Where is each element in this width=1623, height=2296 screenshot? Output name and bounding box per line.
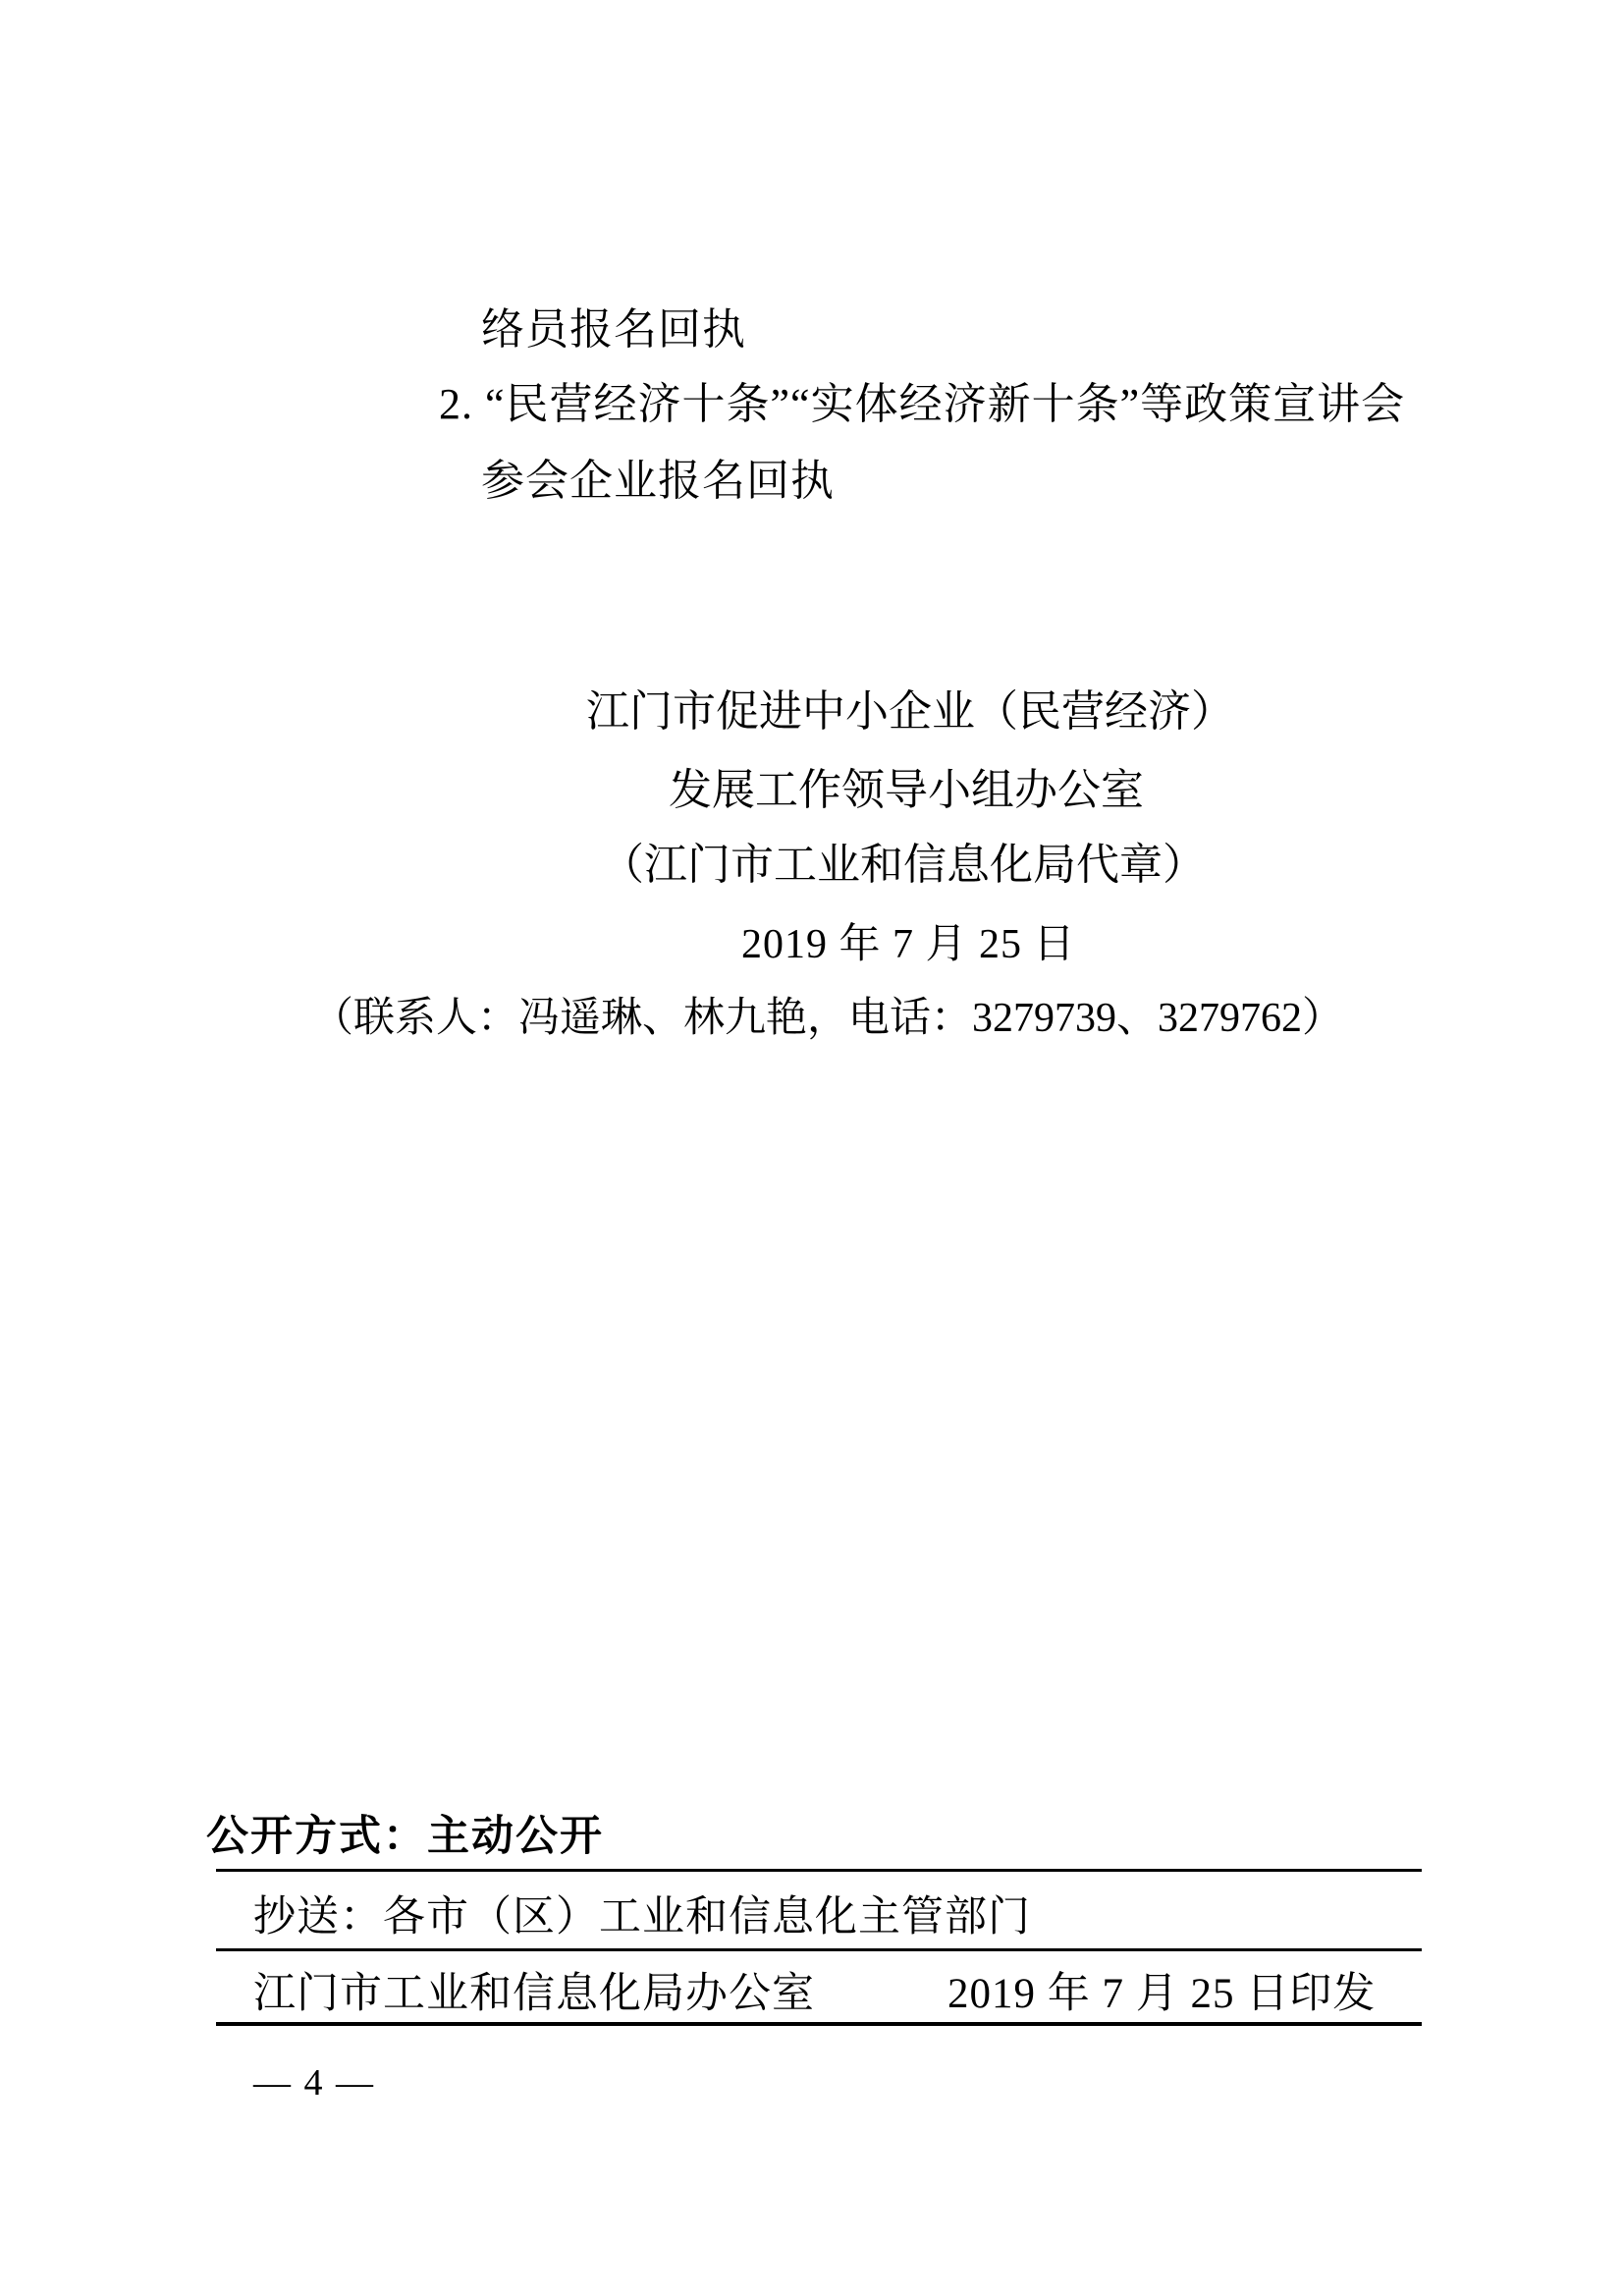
attachment-item2-line1: 2. “民营经济十条”“实体经济新十条”等政策宣讲会	[439, 383, 1405, 426]
signature-org-line2: 发展工作领导小组办公室	[669, 769, 1144, 812]
contact-info-line: （联系人：冯遥琳、林九艳，电话：3279739、3279762）	[312, 998, 1343, 1039]
document-page: 络员报名回执 2. “民营经济十条”“实体经济新十条”等政策宣讲会 参会企业报名…	[0, 0, 1623, 2296]
disclosure-method-label: 公开方式：主动公开	[206, 1816, 604, 1858]
print-date-label: 2019 年 7 月 25 日印发	[947, 1973, 1376, 2015]
cc-line: 抄送：各市（区）工业和信息化主管部门	[253, 1896, 1031, 1939]
footer-divider-top	[216, 1869, 1422, 1872]
page-number: — 4 —	[253, 2064, 375, 2102]
signature-org-line1: 江门市促进中小企业（民营经济）	[586, 690, 1234, 734]
signature-org-line3: （江门市工业和信息化局代章）	[601, 844, 1206, 887]
signature-date: 2019 年 7 月 25 日	[741, 924, 1076, 965]
attachment-item1-continuation: 络员报名回执	[481, 308, 746, 352]
footer-divider-middle	[216, 1948, 1422, 1951]
issuing-office-label: 江门市工业和信息化局办公室	[253, 1973, 815, 2015]
footer-divider-bottom	[216, 2022, 1422, 2026]
attachment-item2-line2: 参会企业报名回执	[481, 460, 835, 503]
